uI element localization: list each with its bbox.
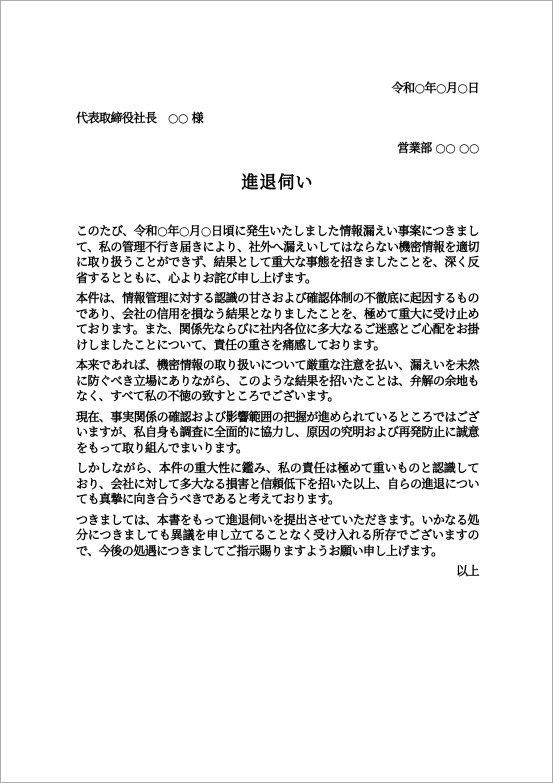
body-paragraph: 本件は、情報管理に対する認識の甘さおよび確認体制の不徹底に起因するものであり、会… [76, 291, 479, 353]
body-paragraph: しかしながら、本件の重大性に鑑み、私の責任は極めて重いものと認識しており、会社に… [76, 461, 479, 508]
body-paragraph: 現在、事実関係の確認および影響範囲の把握が進められているところではございますが、… [76, 410, 479, 457]
body-paragraph: このたび、令和○年○月○日頃に発生いたしました情報漏えい事案につきまして、私の管… [76, 224, 479, 286]
document-body: このたび、令和○年○月○日頃に発生いたしました情報漏えい事案につきまして、私の管… [76, 224, 479, 559]
document-page: 令和○年○月○日 代表取締役社長 ○○ 様 営業部 ○○ ○○ 進退伺い このた… [0, 0, 553, 783]
date-line: 令和○年○月○日 [76, 80, 479, 96]
document-title: 進退伺い [76, 172, 479, 194]
closing-line: 以上 [76, 564, 479, 580]
recipient-line: 代表取締役社長 ○○ 様 [76, 110, 479, 126]
body-paragraph: 本来であれば、機密情報の取り扱いについて厳重な注意を払い、漏えいを未然に防ぐべき… [76, 358, 479, 405]
body-paragraph: つきましては、本書をもって進退伺いを提出させていただきます。いかなる処分につきま… [76, 513, 479, 560]
sender-line: 営業部 ○○ ○○ [76, 140, 479, 156]
document-content: 令和○年○月○日 代表取締役社長 ○○ 様 営業部 ○○ ○○ 進退伺い このた… [1, 1, 552, 580]
